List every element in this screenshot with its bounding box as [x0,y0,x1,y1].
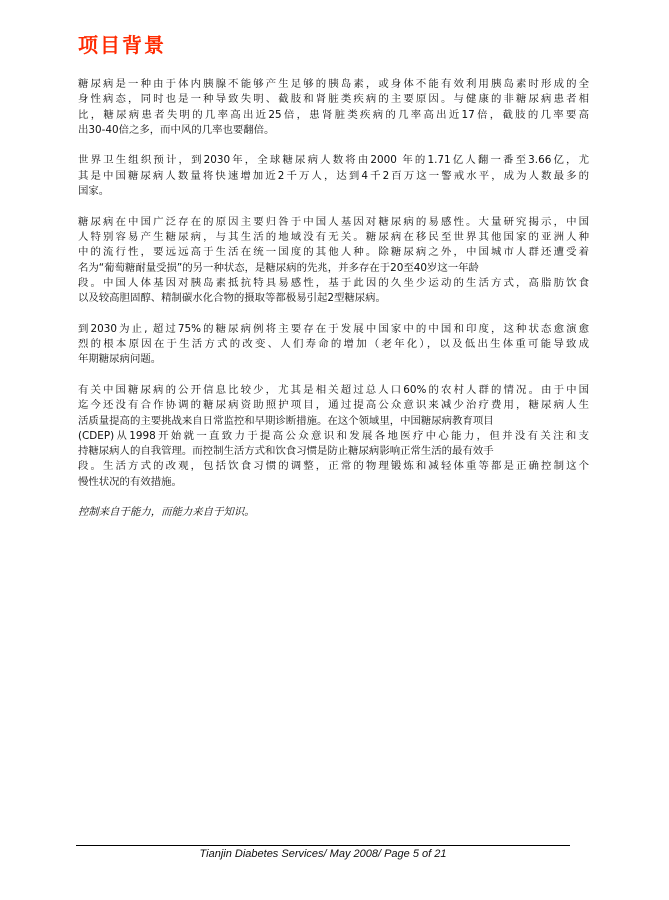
text-line: 慢性状况的有效措施。 [78,475,589,490]
text-line: 有关中国糖尿病的公开信息比较少，尤其是相关超过总人口60%的农村人群的情况。由于… [78,383,589,398]
text-line: 比，糖尿病患者失明的几率高出近25倍，患肾脏类疾病的几率高出近17倍，截肢的几率… [78,108,589,123]
paragraph-2030-outlook: 到2030为止, 超过75%的糖尿病例将主要存在于发展中国家中的中国和印度，这种… [78,322,589,368]
text-line: 国家。 [78,184,589,199]
text-line: 名为“葡萄糖耐量受损”的另一种状态，是糖尿病的先兆，并多存在于20至40岁这一年… [78,261,589,276]
text-line: 糖尿病在中国广泛存在的原因主要归咎于中国人基因对糖尿病的易感性。大量研究揭示，中… [78,215,589,230]
document-body: 糖尿病是一种由于体内胰腺不能够产生足够的胰岛素，或身体不能有效利用胰岛素时形成的… [78,77,589,521]
closing-quote: 控制来自于能力，而能力来自于知识。 [78,505,589,520]
text-line: 世界卫生组织预计，到2030年，全球糖尿病人数将由2000 年的1.71亿人翻一… [78,153,589,168]
paragraph-who-forecast: 世界卫生组织预计，到2030年，全球糖尿病人数将由2000 年的1.71亿人翻一… [78,153,589,199]
text-line: (CDEP)从1998开始就一直致力于提高公众意识和发展各地医疗中心能力，但并没… [78,429,589,444]
page-footer: Tianjin Diabetes Services/ May 2008/ Pag… [0,848,646,860]
text-line: 段。中国人体基因对胰岛素抵抗特具易感性，基于此因的久坐少运动的生活方式，高脂肪饮… [78,276,589,291]
page-title: 项目背景 [78,33,166,57]
text-line: 段。生活方式的改观，包括饮食习惯的调整，正常的物理锻炼和减轻体重等都是正确控制这… [78,459,589,474]
paragraph-public-info: 有关中国糖尿病的公开信息比较少，尤其是相关超过总人口60%的农村人群的情况。由于… [78,383,589,490]
text-line: 持糖尿病人的自我管理。而控制生活方式和饮食习惯是防止糖尿病影响正常生活的最有效手 [78,444,589,459]
text-line: 中的流行性，要远远高于生活在统一国度的其他人种。除糖尿病之外，中国城市人群还遭受… [78,245,589,260]
text-line: 其是中国糖尿病人数量将快速增加近2千万人，达到4千2百万这一警戒水平，成为人数最… [78,169,589,184]
text-line: 人特别容易产生糖尿病，与其生活的地域没有无关。糖尿病在移民至世界其他国家的亚洲人… [78,230,589,245]
text-line: 到2030为止, 超过75%的糖尿病例将主要存在于发展中国家中的中国和印度，这种… [78,322,589,337]
text-line: 出30-40倍之多，而中风的几率也要翻倍。 [78,123,589,138]
text-line: 烈的根本原因在于生活方式的改变、人们寿命的增加（老年化），以及低出生体重可能导致… [78,337,589,352]
text-line: 活质量提高的主要挑战来自日常监控和早期诊断措施。在这个领域里，中国糖尿病教育项目 [78,414,589,429]
text-line: 迄今还没有合作协调的糖尿病资助照护项目，通过提高公众意识来减少治疗费用，糖尿病人… [78,398,589,413]
footer-divider [76,845,570,846]
text-line: 年期糖尿病问题。 [78,352,589,367]
text-line: 以及较高胆固醇、精制碳水化合物的摄取等都极易引起2型糖尿病。 [78,291,589,306]
text-line: 身性病态，同时也是一种导致失明、截肢和肾脏类疾病的主要原因。与健康的非糖尿病患者… [78,92,589,107]
text-line: 糖尿病是一种由于体内胰腺不能够产生足够的胰岛素，或身体不能有效利用胰岛素时形成的… [78,77,589,92]
paragraph-china-causes: 糖尿病在中国广泛存在的原因主要归咎于中国人基因对糖尿病的易感性。大量研究揭示，中… [78,215,589,307]
paragraph-diabetes-definition: 糖尿病是一种由于体内胰腺不能够产生足够的胰岛素，或身体不能有效利用胰岛素时形成的… [78,77,589,138]
